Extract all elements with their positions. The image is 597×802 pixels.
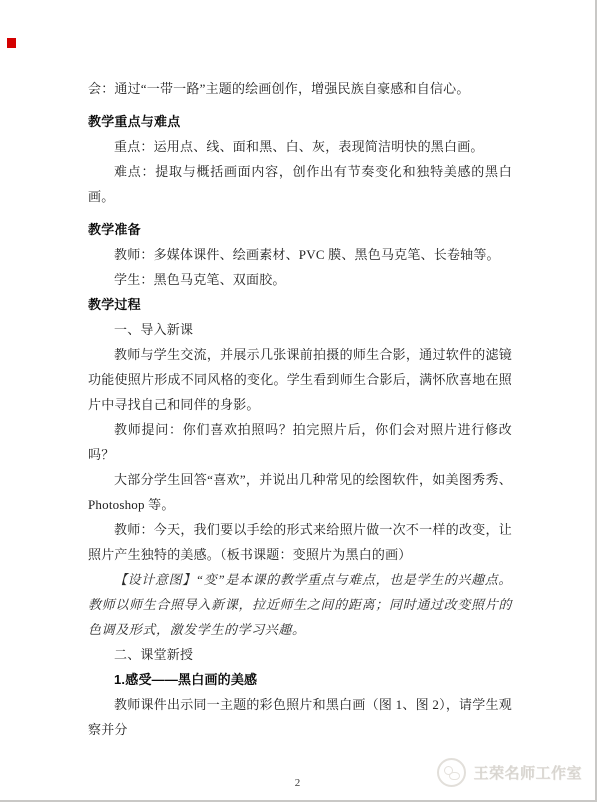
paragraph-courseware-display: 教师课件出示同一主题的彩色照片和黑白画（图 1、图 2），请学生观察并分 xyxy=(88,692,512,742)
watermark-text: 王荣名师工作室 xyxy=(473,762,582,783)
studio-seal-logo-icon xyxy=(437,758,466,787)
paragraph-student-materials: 学生：黑色马克笔、双面胶。 xyxy=(88,267,512,292)
paragraph-lead-in-description: 教师与学生交流，并展示几张课前拍摄的师生合影，通过软件的滤镜功能使照片形成不同风… xyxy=(88,342,512,417)
paragraph-section-one-title: 一、导入新课 xyxy=(88,317,512,342)
page-number: 2 xyxy=(295,777,301,789)
heading-teaching-process: 教学过程 xyxy=(88,292,512,317)
paragraph-student-answer: 大部分学生回答“喜欢”，并说出几种常见的绘图软件，如美图秀秀、Photoshop… xyxy=(88,467,512,517)
paragraph-design-intent: 【设计意图】“变”是本课的教学重点与难点，也是学生的兴趣点。教师以师生合照导入新… xyxy=(88,567,512,642)
paragraph-intro-continuation: 会：通过“一带一路”主题的绘画创作，增强民族自豪感和自信心。 xyxy=(88,76,512,101)
paragraph-teacher-materials: 教师：多媒体课件、绘画素材、PVC 膜、黑色马克笔、长卷轴等。 xyxy=(88,242,512,267)
paragraph-key-point: 重点：运用点、线、面和黑、白、灰，表现简洁明快的黑白画。 xyxy=(88,134,512,159)
document-page: 会：通过“一带一路”主题的绘画创作，增强民族自豪感和自信心。 教学重点与难点 重… xyxy=(0,0,597,802)
paragraph-teacher-question: 教师提问：你们喜欢拍照吗？拍完照片后，你们会对照片进行修改吗？ xyxy=(88,417,512,467)
red-square-marker-icon xyxy=(7,38,16,48)
watermark: 王荣名师工作室 xyxy=(437,758,582,787)
paragraph-teacher-introduction: 教师：今天，我们要以手绘的形式来给照片做一次不一样的改变，让照片产生独特的美感。… xyxy=(88,517,512,567)
heading-teaching-key-difficult-points: 教学重点与难点 xyxy=(88,109,512,134)
paragraph-difficult-point: 难点：提取与概括画面内容，创作出有节奏变化和独特美感的黑白画。 xyxy=(88,159,512,209)
subheading-perceive-black-white-beauty: 1.感受——黑白画的美感 xyxy=(88,667,512,692)
paragraph-section-two-title: 二、课堂新授 xyxy=(88,642,512,667)
heading-teaching-preparation: 教学准备 xyxy=(88,217,512,242)
document-body: 会：通过“一带一路”主题的绘画创作，增强民族自豪感和自信心。 教学重点与难点 重… xyxy=(88,76,512,742)
